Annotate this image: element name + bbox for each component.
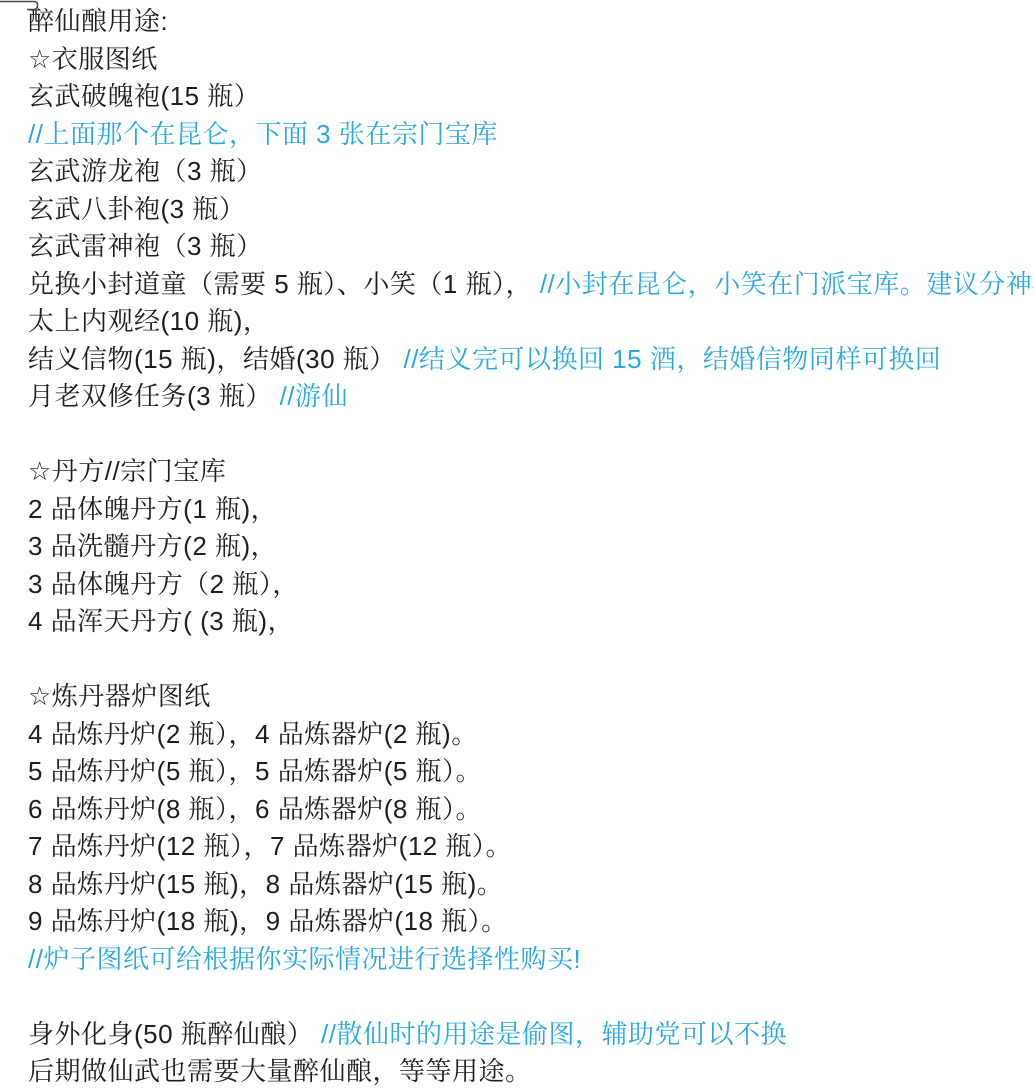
text-line: 结义信物(15 瓶)，结婚(30 瓶） //结义完可以换回 15 酒，结婚信物同…: [28, 341, 1030, 379]
blank-line: [28, 641, 1030, 679]
text-line: 3 品洗髓丹方(2 瓶)，: [28, 528, 1030, 566]
body-text: 玄武破魄袍(15 瓶）: [28, 81, 260, 111]
body-text: 太上内观经(10 瓶)，: [28, 306, 269, 336]
body-text: 4 品炼丹炉(2 瓶），4 品炼器炉(2 瓶)。: [28, 719, 478, 749]
body-text: 4 品浑天丹方( (3 瓶)，: [28, 606, 294, 636]
body-text: 2 品体魄丹方(1 瓶)，: [28, 494, 277, 524]
body-text: ☆衣服图纸: [28, 44, 158, 74]
text-line: 玄武破魄袍(15 瓶）: [28, 78, 1030, 116]
text-line: 醉仙酿用途:: [28, 3, 1030, 41]
text-line: 2 品体魄丹方(1 瓶)，: [28, 491, 1030, 529]
text-line: 6 品炼丹炉(8 瓶），6 品炼器炉(8 瓶）。: [28, 791, 1030, 829]
text-line: ☆丹方//宗门宝库: [28, 453, 1030, 491]
body-text: 结义信物(15 瓶)，结婚(30 瓶）: [28, 344, 404, 374]
body-text: 玄武八卦袍(3 瓶）: [28, 194, 245, 224]
body-text: 3 品洗髓丹方(2 瓶)，: [28, 531, 277, 561]
text-line: 4 品炼丹炉(2 瓶），4 品炼器炉(2 瓶)。: [28, 716, 1030, 754]
body-text: 7 品炼丹炉(12 瓶），7 品炼器炉(12 瓶）。: [28, 831, 512, 861]
text-line: ☆衣服图纸: [28, 41, 1030, 79]
text-line: 5 品炼丹炉(5 瓶），5 品炼器炉(5 瓶）。: [28, 753, 1030, 791]
text-line: 兑换小封道童（需要 5 瓶）、小笑（1 瓶）， //小封在昆仑，小笑在门派宝库。…: [28, 266, 1030, 304]
text-line: 身外化身(50 瓶醉仙酿） //散仙时的用途是偷图，辅助党可以不换: [28, 1016, 1030, 1054]
text-line: //炉子图纸可给根据你实际情况进行选择性购买!: [28, 941, 1030, 979]
body-text: 9 品炼丹炉(18 瓶)，9 品炼器炉(18 瓶）。: [28, 906, 508, 936]
text-line: 月老双修任务(3 瓶） //游仙: [28, 378, 1030, 416]
body-text: 醉仙酿用途:: [28, 6, 168, 36]
blank-line: [28, 416, 1030, 454]
text-line: ☆炼丹器炉图纸: [28, 678, 1030, 716]
comment-text: //散仙时的用途是偷图，辅助党可以不换: [321, 1019, 787, 1049]
text-line: 后期做仙武也需要大量醉仙酿，等等用途。: [28, 1053, 1030, 1089]
text-line: 8 品炼丹炉(15 瓶)，8 品炼器炉(15 瓶)。: [28, 866, 1030, 904]
text-line: //上面那个在昆仑，下面 3 张在宗门宝库: [28, 116, 1030, 154]
text-line: 3 品体魄丹方（2 瓶），: [28, 566, 1030, 604]
comment-text: //结义完可以换回 15 酒，结婚信物同样可换回: [404, 344, 942, 374]
blank-line: [28, 978, 1030, 1016]
notes-document: 醉仙酿用途:☆衣服图纸玄武破魄袍(15 瓶）//上面那个在昆仑，下面 3 张在宗…: [28, 3, 1030, 1089]
text-line: 7 品炼丹炉(12 瓶），7 品炼器炉(12 瓶）。: [28, 828, 1030, 866]
body-text: 玄武雷神袍（3 瓶）: [28, 231, 263, 261]
body-text: 月老双修任务(3 瓶）: [28, 381, 280, 411]
comment-text: //上面那个在昆仑，下面 3 张在宗门宝库: [28, 119, 498, 149]
comment-text: //游仙: [280, 381, 348, 411]
body-text: 6 品炼丹炉(8 瓶），6 品炼器炉(8 瓶）。: [28, 794, 482, 824]
body-text: 后期做仙武也需要大量醉仙酿，等等用途。: [28, 1056, 532, 1086]
body-text: 8 品炼丹炉(15 瓶)，8 品炼器炉(15 瓶)。: [28, 869, 503, 899]
comment-text: //小封在昆仑，小笑在门派宝库。建议分神再换: [540, 269, 1034, 299]
text-line: 玄武游龙袍（3 瓶）: [28, 153, 1030, 191]
body-text: 玄武游龙袍（3 瓶）: [28, 156, 263, 186]
body-text: 3 品体魄丹方（2 瓶），: [28, 569, 299, 599]
body-text: 身外化身(50 瓶醉仙酿）: [28, 1019, 321, 1049]
text-line: 太上内观经(10 瓶)，: [28, 303, 1030, 341]
text-line: 4 品浑天丹方( (3 瓶)，: [28, 603, 1030, 641]
body-text: ☆炼丹器炉图纸: [28, 681, 211, 711]
text-line: 玄武八卦袍(3 瓶）: [28, 191, 1030, 229]
body-text: 5 品炼丹炉(5 瓶），5 品炼器炉(5 瓶）。: [28, 756, 482, 786]
body-text: 兑换小封道童（需要 5 瓶）、小笑（1 瓶），: [28, 269, 540, 299]
body-text: ☆丹方//宗门宝库: [28, 456, 226, 486]
text-line: 9 品炼丹炉(18 瓶)，9 品炼器炉(18 瓶）。: [28, 903, 1030, 941]
comment-text: //炉子图纸可给根据你实际情况进行选择性购买!: [28, 944, 581, 974]
text-line: 玄武雷神袍（3 瓶）: [28, 228, 1030, 266]
